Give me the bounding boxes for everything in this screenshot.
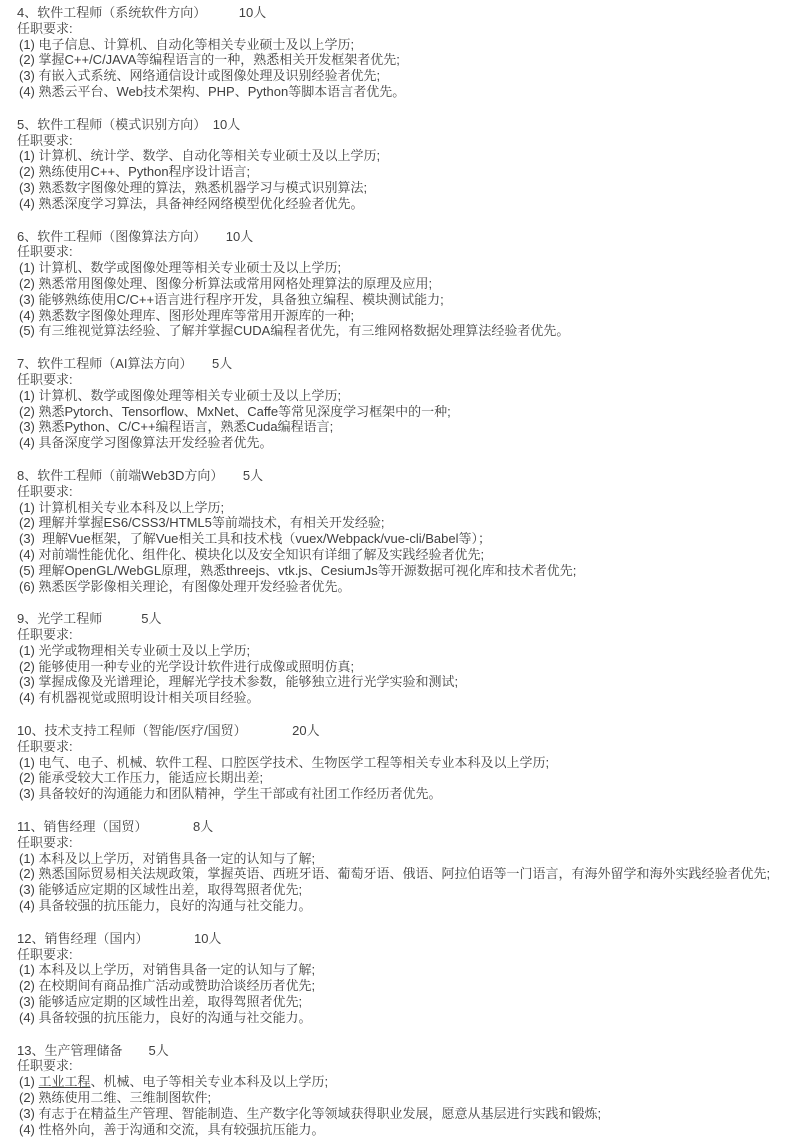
requirements-label: 任职要求:: [17, 627, 791, 643]
requirement-item: (2) 理解并掌握ES6/CSS3/HTML5等前端技术，有相关开发经验;: [17, 515, 791, 531]
requirement-item: (4) 熟悉深度学习算法，具备神经网络模型优化经验者优先。: [17, 196, 791, 212]
job-title: 13、生产管理储备 5人: [17, 1043, 791, 1059]
job-title: 10、技术支持工程师（智能/医疗/国贸） 20人: [17, 723, 791, 739]
job-listing-document: 4、软件工程师（系统软件方向） 10人 任职要求: (1) 电子信息、计算机、自…: [0, 0, 799, 1137]
requirement-item: (2) 能承受较大工作压力，能适应长期出差;: [17, 770, 791, 786]
job-title: 11、销售经理（国贸） 8人: [17, 819, 791, 835]
requirement-item: (6) 熟悉医学影像相关理论，有图像处理开发经验者优先。: [17, 579, 791, 595]
requirement-item: (1) 计算机、数学或图像处理等相关专业硕士及以上学历;: [17, 260, 791, 276]
requirement-item-prefix: (1): [19, 1074, 39, 1089]
requirement-item: (2) 熟练使用C++、Python程序设计语言;: [17, 164, 791, 180]
requirement-item: (3) 熟悉数字图像处理的算法，熟悉机器学习与模式识别算法;: [17, 180, 791, 196]
requirements-label: 任职要求:: [17, 133, 791, 149]
requirements-label: 任职要求:: [17, 739, 791, 755]
requirement-item: (2) 熟悉国际贸易相关法规政策，掌握英语、西班牙语、葡萄牙语、俄语、阿拉伯语等…: [17, 866, 791, 882]
requirement-item: (3) 熟悉Python、C/C++编程语言，熟悉Cuda编程语言;: [17, 419, 791, 435]
requirements-label: 任职要求:: [17, 835, 791, 851]
job-title: 12、销售经理（国内） 10人: [17, 931, 791, 947]
requirement-item: (1) 本科及以上学历，对销售具备一定的认知与了解;: [17, 962, 791, 978]
job-section-4: 4、软件工程师（系统软件方向） 10人 任职要求: (1) 电子信息、计算机、自…: [17, 5, 791, 100]
requirements-label: 任职要求:: [17, 21, 791, 37]
requirement-item: (2) 能够使用一种专业的光学设计软件进行成像或照明仿真;: [17, 659, 791, 675]
requirement-item: (4) 具备较强的抗压能力，良好的沟通与社交能力。: [17, 1010, 791, 1026]
requirement-item: (1) 电气、电子、机械、软件工程、口腔医学技术、生物医学工程等相关专业本科及以…: [17, 755, 791, 771]
requirements-label: 任职要求:: [17, 1058, 791, 1074]
requirement-item: (1) 计算机相关专业本科及以上学历;: [17, 500, 791, 516]
requirement-item: (4) 熟悉数字图像处理库、图形处理库等常用开源库的一种;: [17, 308, 791, 324]
requirement-item: (4) 对前端性能优化、组件化、模块化以及安全知识有详细了解及实践经验者优先;: [17, 547, 791, 563]
requirement-item: (3) 能够熟练使用C/C++语言进行程序开发，具备独立编程、模块测试能力;: [17, 292, 791, 308]
requirement-item: (4) 有机器视觉或照明设计相关项目经验。: [17, 690, 791, 706]
requirement-item: (5) 理解OpenGL/WebGL原理，熟悉threejs、vtk.js、Ce…: [17, 563, 791, 579]
requirement-item: (3) 理解Vue框架，了解Vue相关工具和技术栈（vuex/Webpack/v…: [17, 531, 791, 547]
requirement-item: (5) 有三维视觉算法经验、了解并掌握CUDA编程者优先，有三维网格数据处理算法…: [17, 323, 791, 339]
job-section-12: 12、销售经理（国内） 10人 任职要求: (1) 本科及以上学历，对销售具备一…: [17, 931, 791, 1026]
requirement-item: (2) 熟悉常用图像处理、图像分析算法或常用网格处理算法的原理及应用;: [17, 276, 791, 292]
job-title: 5、软件工程师（模式识别方向） 10人: [17, 117, 791, 133]
job-section-6: 6、软件工程师（图像算法方向） 10人 任职要求: (1) 计算机、数学或图像处…: [17, 229, 791, 340]
job-title: 4、软件工程师（系统软件方向） 10人: [17, 5, 791, 21]
requirement-item: (1) 光学或物理相关专业硕士及以上学历;: [17, 643, 791, 659]
job-section-5: 5、软件工程师（模式识别方向） 10人 任职要求: (1) 计算机、统计学、数学…: [17, 117, 791, 212]
requirement-item: (2) 掌握C++/C/JAVA等编程语言的一种，熟悉相关开发框架者优先;: [17, 52, 791, 68]
requirement-item: (4) 性格外向，善于沟通和交流，具有较强抗压能力。: [17, 1122, 791, 1138]
requirement-item: (2) 熟练使用二维、三维制图软件;: [17, 1090, 791, 1106]
job-title: 8、软件工程师（前端Web3D方向） 5人: [17, 468, 791, 484]
requirements-label: 任职要求:: [17, 372, 791, 388]
requirement-item: (1) 计算机、统计学、数学、自动化等相关专业硕士及以上学历;: [17, 148, 791, 164]
job-section-8: 8、软件工程师（前端Web3D方向） 5人 任职要求: (1) 计算机相关专业本…: [17, 468, 791, 594]
requirement-item: (4) 具备深度学习图像算法开发经验者优先。: [17, 435, 791, 451]
requirement-item: (3) 有志于在精益生产管理、智能制造、生产数字化等领域获得职业发展，愿意从基层…: [17, 1106, 791, 1122]
job-section-11: 11、销售经理（国贸） 8人 任职要求: (1) 本科及以上学历，对销售具备一定…: [17, 819, 791, 914]
job-title: 7、软件工程师（AI算法方向） 5人: [17, 356, 791, 372]
underlined-text: 工业工程: [39, 1074, 91, 1089]
job-section-13: 13、生产管理储备 5人 任职要求: (1) 工业工程、机械、电子等相关专业本科…: [17, 1043, 791, 1138]
requirements-label: 任职要求:: [17, 947, 791, 963]
job-section-9: 9、光学工程师 5人 任职要求: (1) 光学或物理相关专业硕士及以上学历; (…: [17, 611, 791, 706]
requirement-item: (1) 电子信息、计算机、自动化等相关专业硕士及以上学历;: [17, 37, 791, 53]
requirement-item-suffix: 、机械、电子等相关专业本科及以上学历;: [91, 1074, 329, 1089]
job-section-7: 7、软件工程师（AI算法方向） 5人 任职要求: (1) 计算机、数学或图像处理…: [17, 356, 791, 451]
requirement-item: (3) 具备较好的沟通能力和团队精神，学生干部或有社团工作经历者优先。: [17, 786, 791, 802]
requirement-item: (1) 计算机、数学或图像处理等相关专业硕士及以上学历;: [17, 388, 791, 404]
job-title: 9、光学工程师 5人: [17, 611, 791, 627]
requirement-item: (2) 在校期间有商品推广活动或赞助洽谈经历者优先;: [17, 978, 791, 994]
requirement-item: (4) 熟悉云平台、Web技术架构、PHP、Python等脚本语言者优先。: [17, 84, 791, 100]
requirement-item: (1) 本科及以上学历，对销售具备一定的认知与了解;: [17, 851, 791, 867]
requirement-item: (3) 能够适应定期的区域性出差，取得驾照者优先;: [17, 994, 791, 1010]
requirement-item: (4) 具备较强的抗压能力，良好的沟通与社交能力。: [17, 898, 791, 914]
job-section-10: 10、技术支持工程师（智能/医疗/国贸） 20人 任职要求: (1) 电气、电子…: [17, 723, 791, 802]
requirement-item: (2) 熟悉Pytorch、Tensorflow、MxNet、Caffe等常见深…: [17, 404, 791, 420]
requirement-item: (3) 能够适应定期的区域性出差，取得驾照者优先;: [17, 882, 791, 898]
requirement-item: (1) 工业工程、机械、电子等相关专业本科及以上学历;: [17, 1074, 791, 1090]
requirement-item: (3) 掌握成像及光谱理论，理解光学技术参数，能够独立进行光学实验和测试;: [17, 674, 791, 690]
requirements-label: 任职要求:: [17, 244, 791, 260]
requirement-item: (3) 有嵌入式系统、网络通信设计或图像处理及识别经验者优先;: [17, 68, 791, 84]
requirements-label: 任职要求:: [17, 484, 791, 500]
job-title: 6、软件工程师（图像算法方向） 10人: [17, 229, 791, 245]
